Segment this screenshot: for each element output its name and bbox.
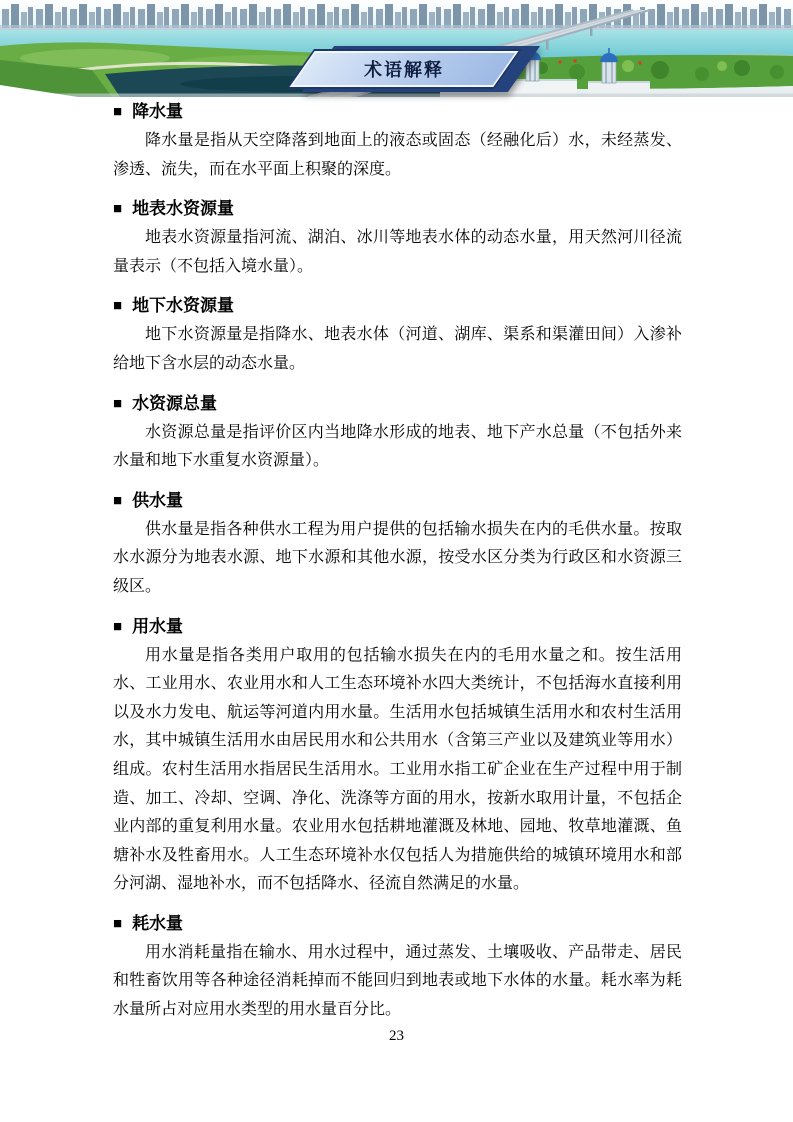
term-heading: ■供水量: [113, 486, 682, 516]
bullet-square-icon: ■: [113, 909, 122, 938]
term-heading: ■降水量: [113, 97, 682, 127]
bullet-square-icon: ■: [113, 97, 122, 126]
term-heading-label: 供水量: [132, 491, 183, 510]
term-heading-label: 地表水资源量: [132, 199, 234, 218]
page-number: 23: [0, 1028, 793, 1045]
term-heading: ■用水量: [113, 612, 682, 642]
term-heading-label: 地下水资源量: [132, 296, 234, 315]
term-definition: 水资源总量是指评价区内当地降水形成的地表、地下产水总量（不包括外来水量和地下水重…: [113, 419, 682, 476]
term-definition: 供水量是指各种供水工程为用户提供的包括输水损失在内的毛供水量。按取水水源分为地表…: [113, 516, 682, 602]
term-heading-label: 用水量: [132, 617, 183, 636]
bullet-square-icon: ■: [113, 389, 122, 418]
chapter-banner: 术语解释: [300, 49, 508, 89]
content-area: ■降水量 降水量是指从天空降落到地面上的液态或固态（经融化后）水，未经蒸发、渗透…: [113, 97, 682, 1025]
term-section-surface-water: ■地表水资源量 地表水资源量指河流、湖泊、冰川等地表水体的动态水量，用天然河川径…: [113, 194, 682, 281]
term-definition: 用水消耗量指在输水、用水过程中，通过蒸发、土壤吸收、产品带走、居民和牲畜饮用等各…: [113, 939, 682, 1025]
term-section-water-use: ■用水量 用水量是指各类用户取用的包括输水损失在内的毛用水量之和。按生活用水、工…: [113, 612, 682, 899]
bullet-square-icon: ■: [113, 612, 122, 641]
term-section-precipitation: ■降水量 降水量是指从天空降落到地面上的液态或固态（经融化后）水，未经蒸发、渗透…: [113, 97, 682, 184]
term-heading-label: 降水量: [132, 102, 183, 121]
term-section-water-supply: ■供水量 供水量是指各种供水工程为用户提供的包括输水损失在内的毛供水量。按取水水…: [113, 486, 682, 602]
term-section-total-resources: ■水资源总量 水资源总量是指评价区内当地降水形成的地表、地下产水总量（不包括外来…: [113, 389, 682, 476]
term-heading-label: 耗水量: [132, 914, 183, 933]
term-heading: ■地表水资源量: [113, 194, 682, 224]
document-page: 术语解释 六、术语解释 ■降水量 降水量是指从天空降落到地面上的液态或固态（经融…: [0, 0, 793, 1122]
term-definition: 地下水资源量是指降水、地表水体（河道、湖库、渠系和渠灌田间）入渗补给地下含水层的…: [113, 321, 682, 378]
term-definition: 用水量是指各类用户取用的包括输水损失在内的毛用水量之和。按生活用水、工业用水、农…: [113, 642, 682, 899]
term-section-groundwater: ■地下水资源量 地下水资源量是指降水、地表水体（河道、湖库、渠系和渠灌田间）入渗…: [113, 291, 682, 378]
chapter-banner-label: 术语解释: [300, 49, 508, 89]
term-heading: ■耗水量: [113, 909, 682, 939]
term-section-water-consumption: ■耗水量 用水消耗量指在输水、用水过程中，通过蒸发、土壤吸收、产品带走、居民和牲…: [113, 909, 682, 1025]
sky: [0, 0, 793, 34]
term-heading-label: 水资源总量: [132, 394, 217, 413]
term-heading: ■水资源总量: [113, 389, 682, 419]
bullet-square-icon: ■: [113, 486, 122, 515]
term-definition: 降水量是指从天空降落到地面上的液态或固态（经融化后）水，未经蒸发、渗透、流失，而…: [113, 127, 682, 184]
term-heading: ■地下水资源量: [113, 291, 682, 321]
bullet-square-icon: ■: [113, 194, 122, 223]
term-definition: 地表水资源量指河流、湖泊、冰川等地表水体的动态水量，用天然河川径流量表示（不包括…: [113, 224, 682, 281]
bullet-square-icon: ■: [113, 291, 122, 320]
